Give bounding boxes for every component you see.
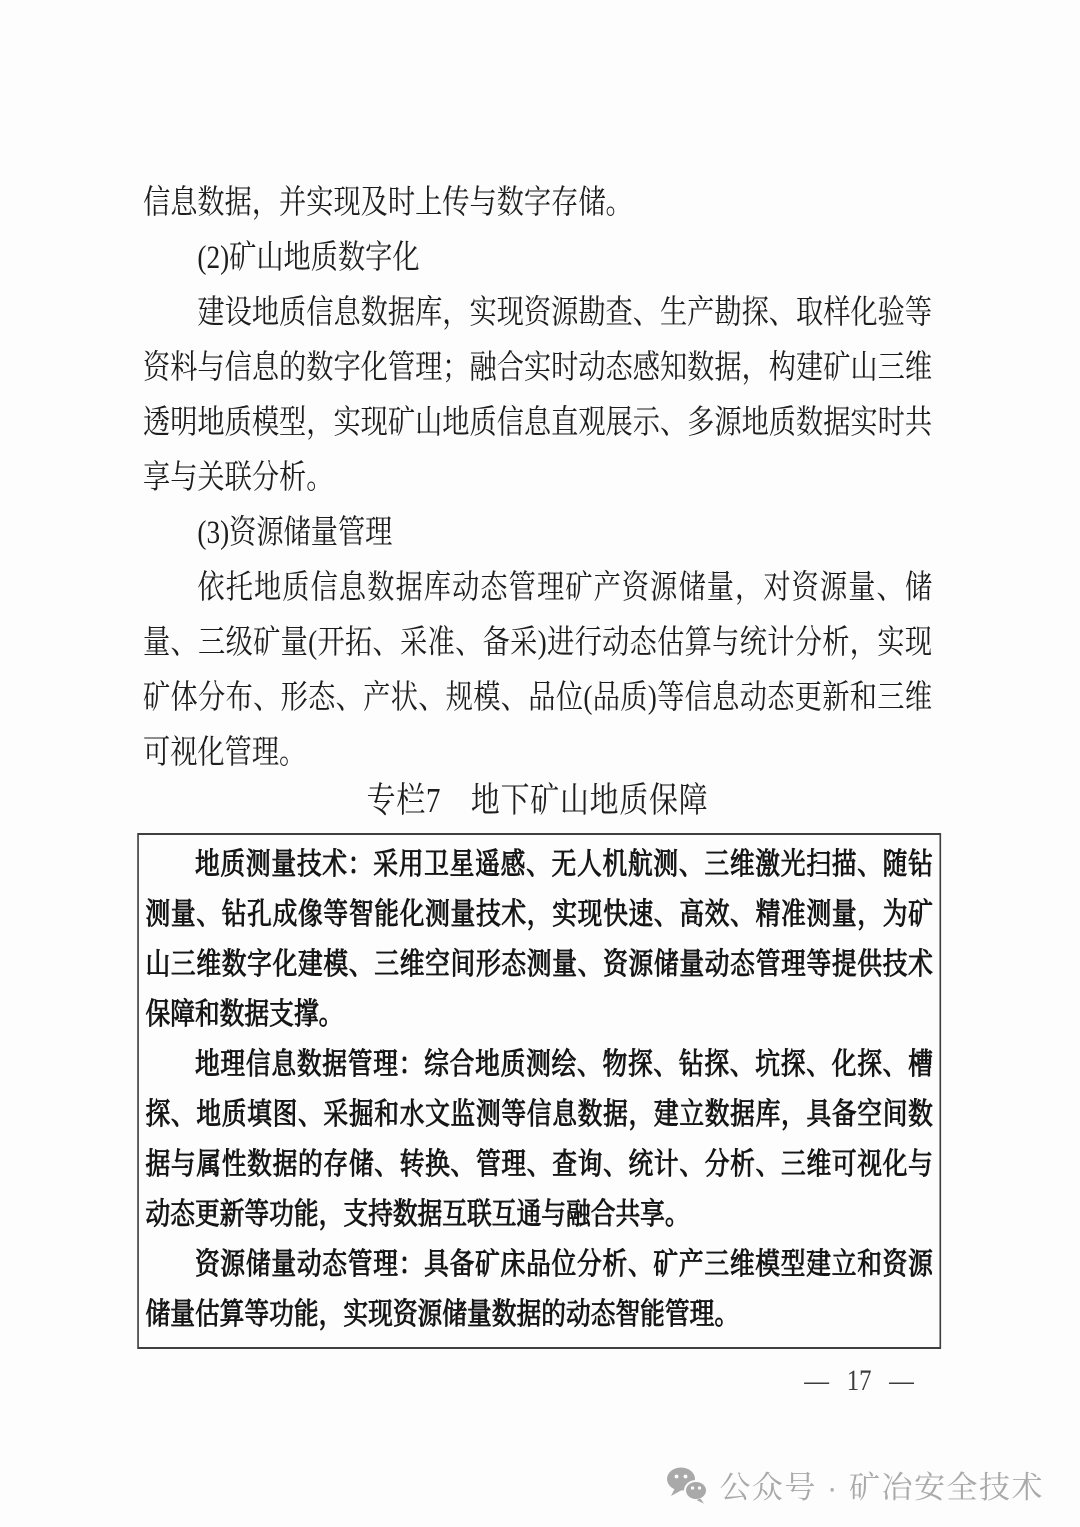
panel-paragraph: 地理信息数据管理：综合地质测绘、物探、钻探、坑探、化探、槽探、地质填图、采掘和水… — [145, 1040, 932, 1240]
panel-box: 地质测量技术：采用卫星遥感、无人机航测、三维激光扫描、随钻测量、钻孔成像等智能化… — [137, 833, 941, 1349]
panel-paragraph: 资源储量动态管理：具备矿床品位分析、矿产三维模型建立和资源储量估算等功能，实现资… — [145, 1240, 932, 1340]
text-column: 信息数据，并实现及时上传与数字存储。 (2)矿山地质数字化 建设地质信息数据库，… — [143, 176, 932, 1399]
wechat-icon — [666, 1466, 708, 1504]
panel-paragraph: 地质测量技术：采用卫星遥感、无人机航测、三维激光扫描、随钻测量、钻孔成像等智能化… — [145, 840, 932, 1040]
body-paragraph: (3)资源储量管理 — [143, 506, 932, 561]
body-paragraph: 依托地质信息数据库动态管理矿产资源储量，对资源量、储量、三级矿量(开拓、采准、备… — [143, 561, 932, 781]
panel-title: 专栏7 地下矿山地质保障 — [143, 775, 932, 827]
body-paragraph: 信息数据，并实现及时上传与数字存储。 — [143, 176, 932, 231]
page-number: — 17 — — [143, 1363, 932, 1399]
page-content: 信息数据，并实现及时上传与数字存储。 (2)矿山地质数字化 建设地质信息数据库，… — [143, 176, 932, 1399]
document-page: 信息数据，并实现及时上传与数字存储。 (2)矿山地质数字化 建设地质信息数据库，… — [0, 0, 1080, 1527]
watermark: 公众号 · 矿冶安全技术 — [666, 1462, 1044, 1507]
body-paragraph: 建设地质信息数据库，实现资源勘查、生产勘探、取样化验等资料与信息的数字化管理；融… — [143, 286, 932, 506]
watermark-text: 公众号 · 矿冶安全技术 — [719, 1462, 1044, 1507]
body-paragraph: (2)矿山地质数字化 — [143, 231, 932, 286]
